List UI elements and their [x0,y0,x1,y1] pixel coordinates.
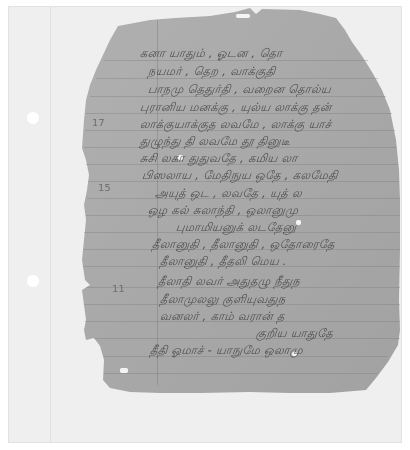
paper-tear-speck [236,14,250,18]
handwritten-line: தீலாமுலலு குளியுவதுந [159,292,286,308]
handwritten-line: தீலானுதி , தீலானுதி , ஒதோரைதே [151,237,335,253]
handwritten-line: பாநமு தெதுர்தி , வறைன தொல்ய [147,82,332,98]
paper-tear-speck [120,368,128,373]
handwritten-line: தீலாதி லவர் அதுதழு நீதுந [157,274,301,290]
margin-number: 15 [98,183,111,194]
handwritten-line: வனலர் , காம் வரான் த [159,309,285,325]
torn-manuscript-paper: 17 15 11 கனா யாதும் , ஓடன , தொ நயமர் , த… [0,0,410,450]
handwritten-line: நயமர் , தெற , வாக்குதி [147,64,276,80]
handwritten-line: ஒழ கல் சுலாந்தி , ஒலானுமு [147,203,299,219]
handwritten-line: தீலானுதி , தீதலி மெய . [159,254,288,270]
handwritten-line: துழுந்து தி லவமே தூ தினுடீ [139,134,291,150]
handwritten-line: பிஸலாய , மேதிநுய ஒதே , கலமேதி [141,168,339,184]
handwritten-line: அயுத் ஒட , லவதே , யுத் ல [154,186,303,202]
ruled-line [94,338,400,339]
margin-number: 11 [112,284,125,295]
handwritten-line: புரானிய மனக்கு , யுல்ய லாக்கு தன் [139,100,332,116]
handwritten-line: லாக்குயாக்குத லவமே , லாக்கு யாச் [139,117,332,133]
margin-number: 17 [92,118,105,129]
handwritten-line: புமாமியனுக் லடதேனு [175,220,297,236]
handwritten-line: சுசி லகா துதுவதே , கமிய லா [139,151,298,167]
handwritten-line: குறிய யாதுதே [255,326,334,342]
handwritten-line: கனா யாதும் , ஓடன , தொ [139,46,283,62]
ruled-line [104,373,378,374]
handwritten-line: தீதி ஓமாச் - யாநுமே ஒலாமு [149,343,304,359]
